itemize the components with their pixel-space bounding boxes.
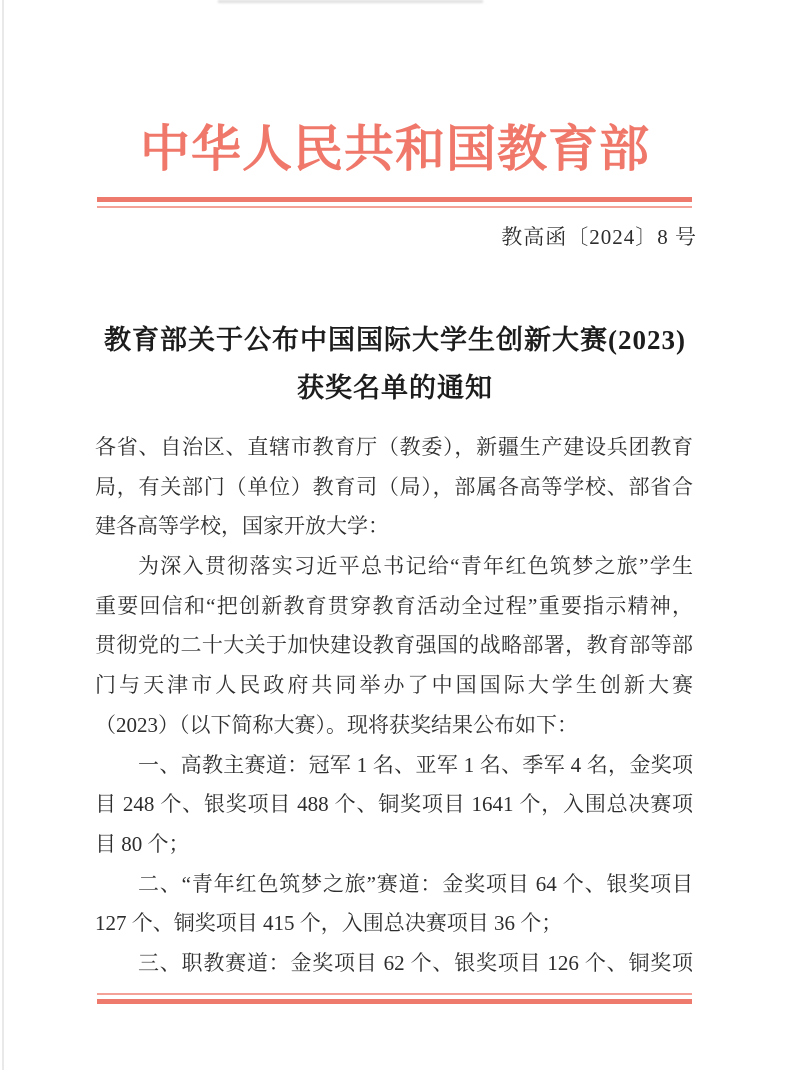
body-line: 各省、自治区、直辖市教育厅（教委），新疆生产建设兵团教育	[95, 428, 693, 468]
letterhead-rule-thin	[97, 206, 692, 208]
notice-title-line2: 获奖名单的通知	[60, 364, 730, 412]
body-line: 一、高教主赛道：冠军 1 名、亚军 1 名、季军 4 名，金奖项	[95, 746, 693, 786]
notice-title-line1: 教育部关于公布中国国际大学生创新大赛(2023)	[60, 316, 730, 364]
footer-rule-thin	[97, 993, 692, 995]
body-line: 127 个、铜奖项目 415 个，入围总决赛项目 36 个；	[95, 904, 693, 944]
body-line: 目 248 个、银奖项目 488 个、铜奖项目 1641 个，入围总决赛项	[95, 785, 693, 825]
body-line: 重要回信和“把创新教育贯穿教育活动全过程”重要指示精神，	[95, 587, 693, 627]
body-line: 建各高等学校，国家开放大学：	[95, 507, 693, 547]
document-number: 教高函〔2024〕8 号	[501, 221, 697, 251]
body-line: 局，有关部门（单位）教育司（局），部属各高等学校、部省合	[95, 468, 693, 508]
scan-top-smudge-artifact	[218, 0, 483, 3]
body-line: 目 80 个；	[95, 825, 693, 865]
document-page: 中华人民共和国教育部 教高函〔2024〕8 号 教育部关于公布中国国际大学生创新…	[0, 0, 790, 1070]
body-line: 为深入贯彻落实习近平总书记给“青年红色筑梦之旅”学生	[95, 547, 693, 587]
notice-body: 各省、自治区、直辖市教育厅（教委），新疆生产建设兵团教育局，有关部门（单位）教育…	[95, 428, 693, 984]
body-line: （2023）（以下简称大赛）。现将获奖结果公布如下：	[95, 706, 693, 746]
notice-title: 教育部关于公布中国国际大学生创新大赛(2023) 获奖名单的通知	[60, 316, 730, 412]
body-line: 二、“青年红色筑梦之旅”赛道：金奖项目 64 个、银奖项目	[95, 865, 693, 905]
letterhead-rule-thick	[97, 197, 692, 202]
letterhead-org-title: 中华人民共和国教育部	[0, 118, 790, 180]
body-line: 门与天津市人民政府共同举办了中国国际大学生创新大赛	[95, 666, 693, 706]
body-line: 三、职教赛道：金奖项目 62 个、银奖项目 126 个、铜奖项	[95, 944, 693, 984]
body-line: 贯彻党的二十大关于加快建设教育强国的战略部署，教育部等部	[95, 626, 693, 666]
footer-rule-thick	[97, 999, 692, 1004]
